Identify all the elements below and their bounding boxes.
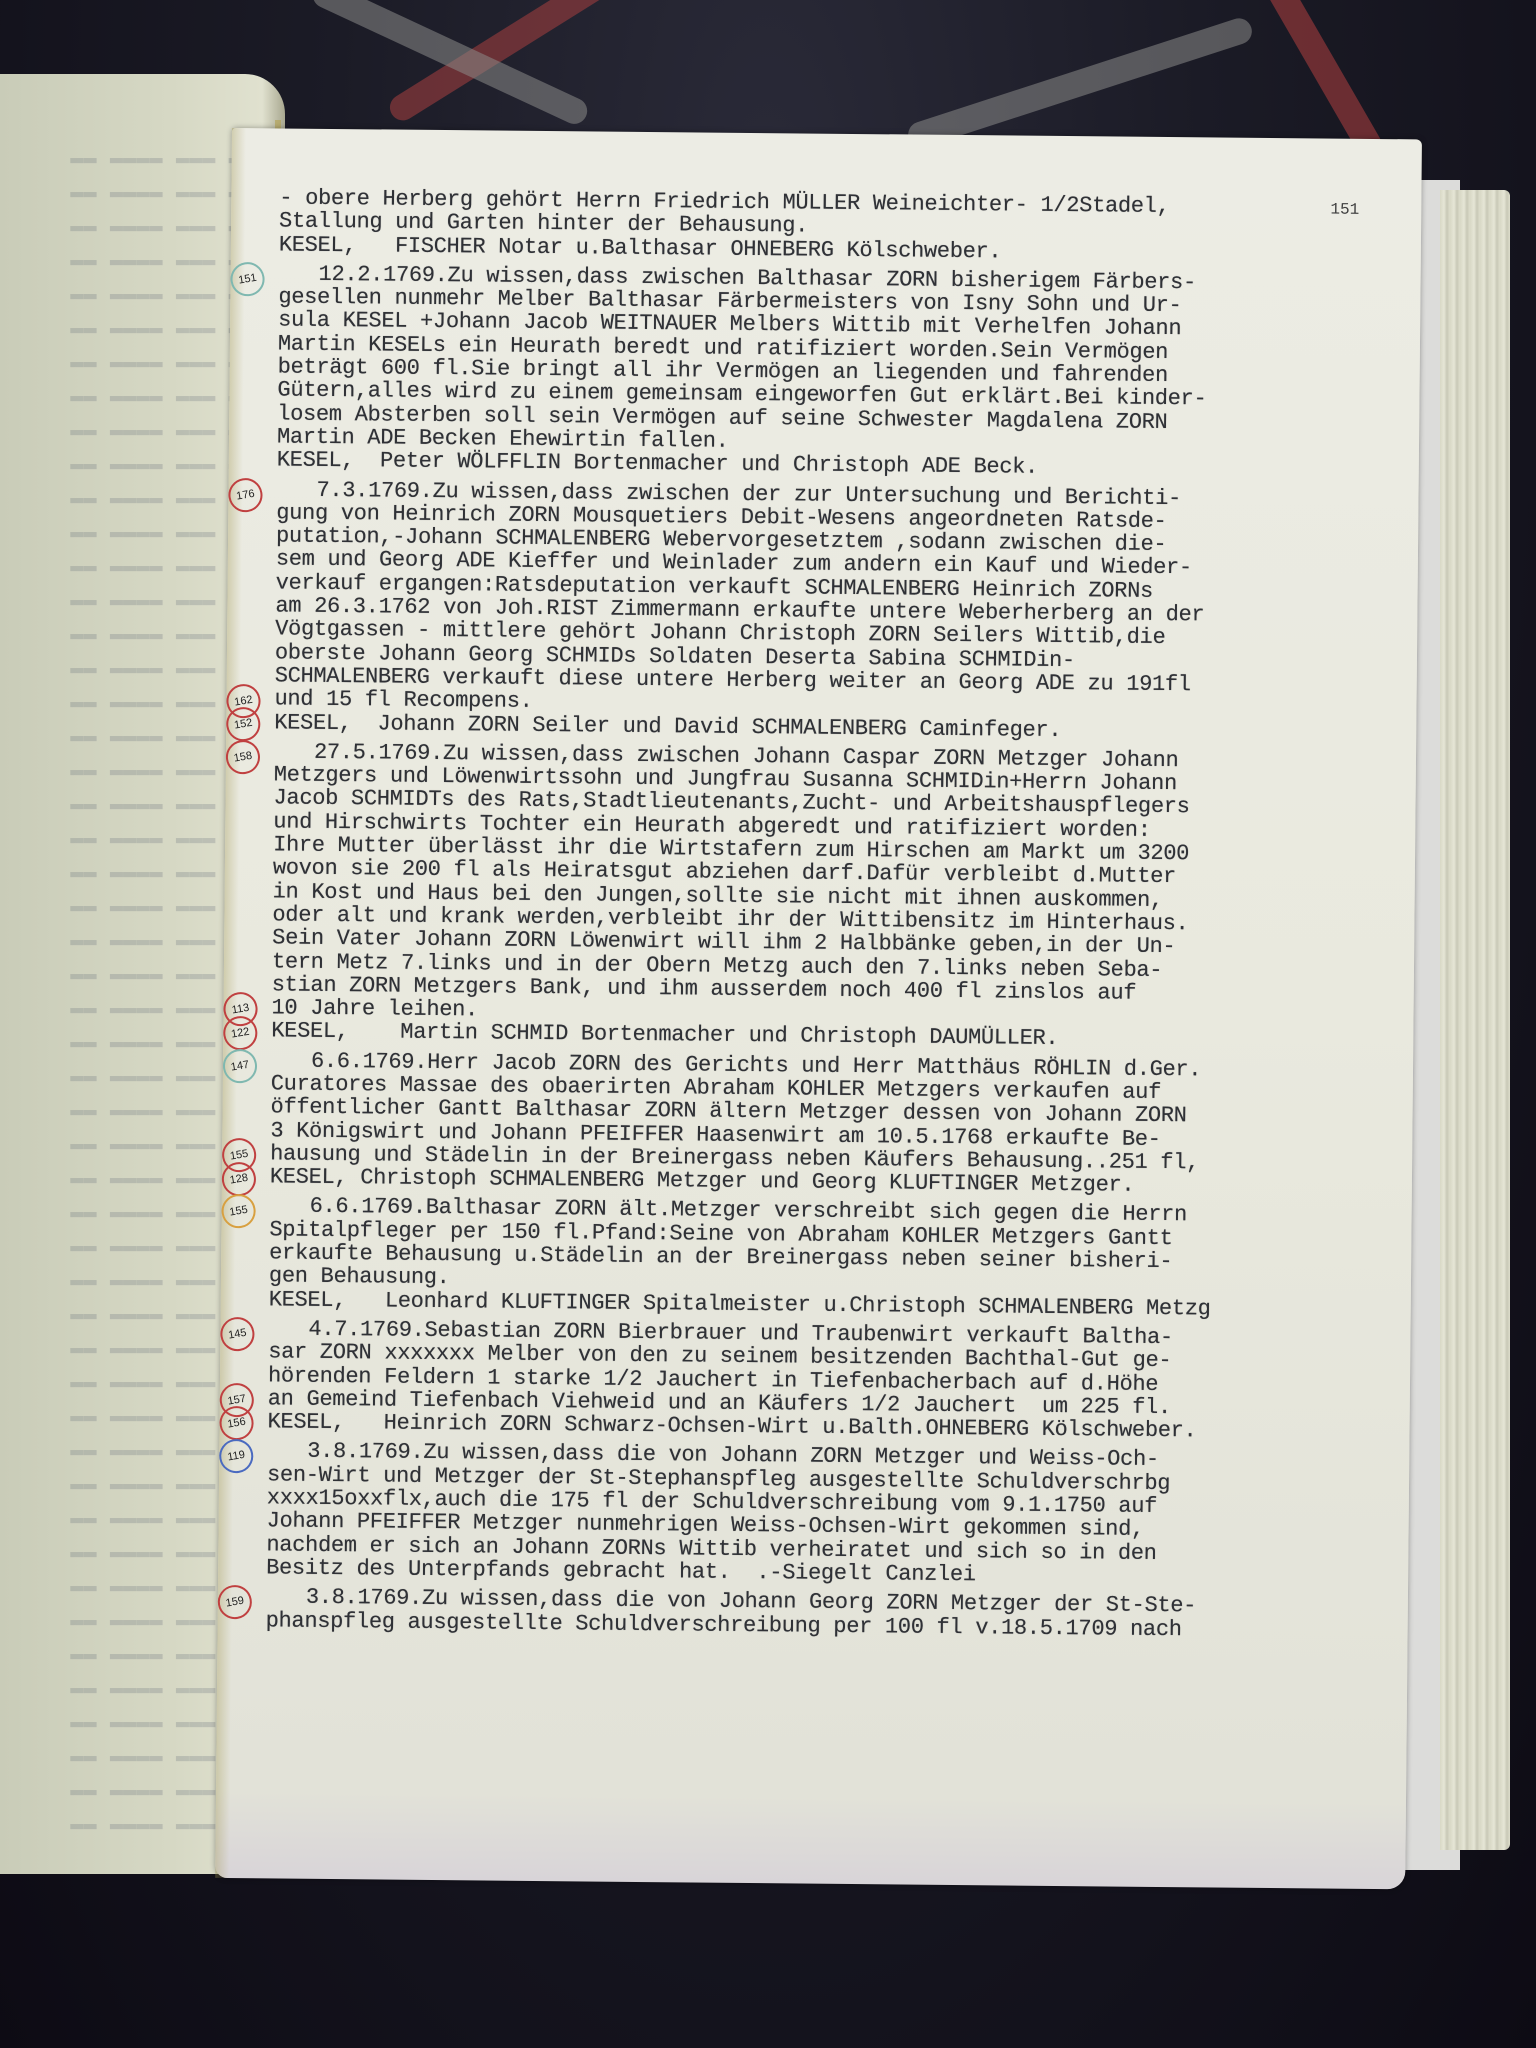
margin-note-circle: 159 — [215, 1583, 254, 1622]
margin-note-circle: 151 — [228, 259, 267, 298]
bleed-through-text: ▬▬ ▬▬▬ ▬▬▬▬ ▬▬ — [8, 1028, 255, 1058]
deed-entry: 15112.2.1769.Zu wissen,dass zwischen Bal… — [277, 262, 1403, 482]
bleed-through-text: ▬▬ ▬▬▬ ▬▬▬▬ ▬▬ — [8, 416, 255, 446]
bleed-through-text: ▬▬ ▬▬▬ ▬▬▬▬ ▬▬ — [8, 756, 255, 786]
margin-note-circle: 145 — [218, 1315, 257, 1354]
bleed-through-text: ▬▬ ▬▬▬ ▬▬▬▬ ▬▬ — [8, 960, 255, 990]
bleed-through-text: ▬▬ ▬▬▬ ▬▬▬▬ ▬▬ — [8, 1300, 255, 1330]
page-text: - obere Herberg gehört Herrn Friedrich M… — [266, 186, 1404, 1643]
margin-note-circle: 119 — [217, 1437, 256, 1476]
bleed-through-text: ▬▬ ▬▬▬ ▬▬▬▬ ▬▬ — [8, 382, 255, 412]
bleed-through-text: ▬▬ ▬▬▬ ▬▬▬▬ ▬▬ — [8, 858, 255, 888]
deed-entry: 1454.7.1769.Sebastian ZORN Bierbrauer un… — [267, 1317, 1392, 1444]
deed-entry: 1593.8.1769.Zu wissen,dass die von Johan… — [266, 1586, 1390, 1643]
margin-note-circle: 176 — [226, 475, 265, 514]
bleed-through-text: ▬▬ ▬▬▬ ▬▬▬▬ ▬▬ — [8, 1164, 255, 1194]
margin-note-circle: 158 — [223, 737, 262, 776]
bleed-through-text: ▬▬ ▬▬▬ ▬▬▬▬ ▬▬ — [8, 518, 255, 548]
bleed-through-text: ▬▬ ▬▬▬ ▬▬▬▬ ▬▬ — [8, 1062, 255, 1092]
bleed-through-text: ▬▬ ▬▬▬ ▬▬▬▬ ▬▬ — [8, 1096, 255, 1126]
bleed-through-text: ▬▬ ▬▬▬ ▬▬▬▬ ▬▬ — [8, 1198, 255, 1228]
bleed-through-text: ▬▬ ▬▬▬ ▬▬▬▬ ▬▬ — [8, 586, 255, 616]
entries: 15112.2.1769.Zu wissen,dass zwischen Bal… — [266, 262, 1403, 1643]
deed-entry: 1193.8.1769.Zu wissen,dass die von Johan… — [266, 1440, 1391, 1591]
bleed-through-text: ▬▬ ▬▬▬ ▬▬▬▬ ▬▬ — [8, 1334, 255, 1364]
page-stack — [1440, 190, 1510, 1850]
bleed-through-text: ▬▬ ▬▬▬ ▬▬▬▬ ▬▬ — [8, 1232, 255, 1262]
bleed-through-text: ▬▬ ▬▬▬ ▬▬▬▬ ▬▬ — [8, 892, 255, 922]
deed-entry: 1767.3.1769.Zu wissen,dass zwischen der … — [274, 478, 1400, 745]
margin-note-circle: 155 — [219, 1192, 258, 1231]
bleed-through-text: ▬▬ ▬▬▬ ▬▬▬▬ ▬▬ — [8, 654, 255, 684]
deed-entry: 1476.6.1769.Herr Jacob ZORN des Gerichts… — [270, 1049, 1395, 1200]
bleed-through-text: ▬▬ ▬▬▬ ▬▬▬▬ ▬▬ — [8, 348, 255, 378]
deed-entry: 15827.5.1769.Zu wissen,dass zwischen Joh… — [271, 740, 1398, 1054]
bleed-through-text: ▬▬ ▬▬▬ ▬▬▬▬ ▬▬ — [8, 212, 255, 242]
bleed-through-text: ▬▬ ▬▬▬ ▬▬▬▬ ▬▬ — [8, 280, 255, 310]
bleed-through-text: ▬▬ ▬▬▬ ▬▬▬▬ ▬▬ — [8, 824, 255, 854]
bleed-through-text: ▬▬ ▬▬▬ ▬▬▬▬ ▬▬ — [8, 688, 255, 718]
bleed-through-text: ▬▬ ▬▬▬ ▬▬▬▬ ▬▬ — [8, 450, 255, 480]
bleed-through-text: ▬▬ ▬▬▬ ▬▬▬▬ ▬▬ — [8, 484, 255, 514]
margin-note-circle: 147 — [220, 1046, 259, 1085]
opening-block: - obere Herberg gehört Herrn Friedrich M… — [279, 186, 1404, 267]
bleed-through-text: ▬▬ ▬▬▬ ▬▬▬▬ ▬▬ — [8, 1402, 255, 1432]
bleed-through-text: ▬▬ ▬▬▬ ▬▬▬▬ ▬▬ — [8, 1266, 255, 1296]
bleed-through-text: ▬▬ ▬▬▬ ▬▬▬▬ ▬▬ — [8, 1130, 255, 1160]
bleed-through-text: ▬▬ ▬▬▬ ▬▬▬▬ ▬▬ — [8, 926, 255, 956]
bleed-through-text: ▬▬ ▬▬▬ ▬▬▬▬ ▬▬ — [8, 552, 255, 582]
bleed-through-text: ▬▬ ▬▬▬ ▬▬▬▬ ▬▬ — [8, 1436, 255, 1466]
bleed-through-text: ▬▬ ▬▬▬ ▬▬▬▬ ▬▬ — [8, 1368, 255, 1398]
typewritten-page: 151 - obere Herberg gehört Herrn Friedri… — [215, 128, 1422, 1889]
carpet-stripe — [905, 15, 1255, 151]
bleed-through-text: ▬▬ ▬▬▬ ▬▬▬▬ ▬▬ — [8, 620, 255, 650]
bleed-through-text: ▬▬ ▬▬▬ ▬▬▬▬ ▬▬ — [8, 246, 255, 276]
bleed-through-text: ▬▬ ▬▬▬ ▬▬▬▬ ▬▬ — [8, 994, 255, 1024]
deed-entry: 1556.6.1769.Balthasar ZORN ält.Metzger v… — [269, 1195, 1394, 1322]
bleed-through-text: ▬▬ ▬▬▬ ▬▬▬▬ ▬▬ — [8, 144, 255, 174]
bleed-through-text: ▬▬ ▬▬▬ ▬▬▬▬ ▬▬ — [8, 790, 255, 820]
bleed-through-text: ▬▬ ▬▬▬ ▬▬▬▬ ▬▬ — [8, 178, 255, 208]
bleed-through-text: ▬▬ ▬▬▬ ▬▬▬▬ ▬▬ — [8, 314, 255, 344]
bleed-through-text: ▬▬ ▬▬▬ ▬▬▬▬ ▬▬ — [8, 722, 255, 752]
